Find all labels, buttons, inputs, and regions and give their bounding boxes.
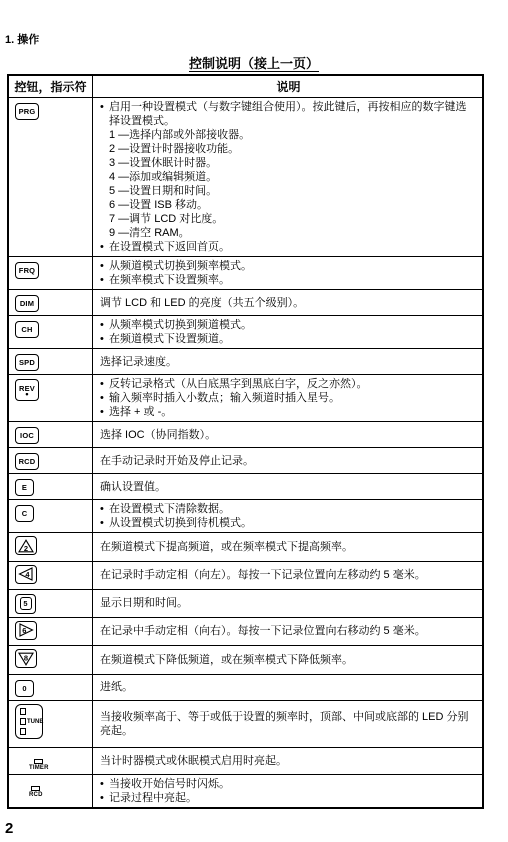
control-cell: TUNE	[9, 701, 93, 747]
rcd-led-indicator: RCD	[29, 786, 43, 798]
description-cell: 确认设置值。	[93, 474, 482, 499]
description-cell: 在记录中手动定相（向右）。每按一下记录位置向右移动约 5 毫米。	[93, 618, 482, 646]
description-text: 确认设置值。	[100, 480, 477, 494]
description-text: 从频率模式切换到频道模式。	[109, 318, 477, 332]
bullet-marker: •	[100, 391, 109, 405]
table-row: SPD选择记录速度。	[9, 348, 482, 374]
key-2-up-arrow: 2	[15, 536, 37, 555]
control-cell: RCD	[9, 448, 93, 473]
control-cell: FRQ	[9, 257, 93, 289]
description-text: 当计时器模式或休眠模式启用时亮起。	[100, 754, 477, 768]
led-square-icon	[20, 728, 26, 735]
control-cell: 0	[9, 675, 93, 700]
description-line: 进纸。	[100, 680, 477, 694]
key-ioc: IOC	[15, 427, 39, 444]
description-text: 输入频率时插入小数点；输入频道时插入星号。	[109, 391, 477, 405]
control-cell: 2	[9, 533, 93, 561]
control-cell: SPD	[9, 349, 93, 374]
description-cell: 在频道模式下降低频道，或在频率模式下降低频率。	[93, 646, 482, 674]
description-line: 在频道模式下降低频道，或在频率模式下降低频率。	[100, 653, 477, 667]
key-frq: FRQ	[15, 262, 39, 279]
table-row: 4在记录时手动定相（向左）。每按一下记录位置向左移动约 5 毫米。	[9, 561, 482, 590]
table-row: IOC选择 IOC（协同指数）。	[9, 421, 482, 447]
header-description-column: 说明	[93, 76, 482, 97]
description-line: •在频率模式下设置频率。	[100, 273, 477, 287]
description-line: 选择记录速度。	[100, 355, 477, 369]
key-rev: REV•	[15, 379, 39, 401]
description-line: •启用一种设置模式（与数字键组合使用）。按此键后，再按相应的数字键选择设置模式。	[100, 100, 477, 128]
header-control-column: 控钮，指示符	[9, 76, 93, 97]
description-text: 从频道模式切换到频率模式。	[109, 259, 477, 273]
description-line: 4 —添加或编辑频道。	[100, 170, 477, 184]
description-cell: 显示日期和时间。	[93, 590, 482, 617]
bullet-marker: •	[100, 777, 109, 791]
description-cell: •从频率模式切换到频道模式。•在频道模式下设置频道。	[93, 316, 482, 348]
key-8-down-arrow: 8	[15, 649, 37, 668]
description-line: 2 —设置计时器接收功能。	[100, 142, 477, 156]
description-text: 调节 LCD 和 LED 的亮度（共五个级别）。	[100, 296, 477, 310]
timer-led-indicator: TIMER	[29, 759, 49, 771]
bullet-marker: •	[100, 318, 109, 332]
key-ch: CH	[15, 321, 39, 338]
table-row: C•在设置模式下清除数据。•从设置模式切换到待机模式。	[9, 499, 482, 532]
description-line: •在频道模式下设置频道。	[100, 332, 477, 346]
description-text: 2 —设置计时器接收功能。	[109, 142, 477, 156]
control-cell: 6	[9, 618, 93, 646]
table-row: TIMER当计时器模式或休眠模式启用时亮起。	[9, 747, 482, 774]
bullet-marker: •	[100, 332, 109, 346]
description-text: 当接收开始信号时闪烁。	[109, 777, 477, 791]
table-row: 0进纸。	[9, 674, 482, 700]
description-cell: 调节 LCD 和 LED 的亮度（共五个级别）。	[93, 290, 482, 315]
section-label: 1. 操作	[5, 31, 39, 47]
control-cell: C	[9, 500, 93, 532]
table-row: E确认设置值。	[9, 473, 482, 499]
table-row: TUNE当接收频率高于、等于或低于设置的频率时，顶部、中间或底部的 LED 分别…	[9, 700, 482, 747]
description-line: 在手动记录时开始及停止记录。	[100, 454, 477, 468]
bullet-marker: •	[100, 240, 109, 254]
table-row: CH•从频率模式切换到频道模式。•在频道模式下设置频道。	[9, 315, 482, 348]
control-cell: RCD	[9, 775, 93, 807]
description-text: 在设置模式下返回首页。	[109, 240, 477, 254]
description-text: 在设置模式下清除数据。	[109, 502, 477, 516]
description-text: 在频道模式下提高频道，或在频率模式下提高频率。	[100, 540, 477, 554]
description-cell: •在设置模式下清除数据。•从设置模式切换到待机模式。	[93, 500, 482, 532]
description-text: 当接收频率高于、等于或低于设置的频率时，顶部、中间或底部的 LED 分别亮起。	[100, 710, 477, 738]
description-text: 选择 + 或 -。	[109, 405, 477, 419]
control-cell: PRG	[9, 98, 93, 256]
description-text: 从设置模式切换到待机模式。	[109, 516, 477, 530]
description-text: 3 —设置休眠计时器。	[109, 156, 477, 170]
description-text: 选择记录速度。	[100, 355, 477, 369]
description-text: 选择 IOC（协同指数）。	[100, 428, 477, 442]
description-text: 1 —选择内部或外部接收器。	[109, 128, 477, 142]
key-e: E	[15, 479, 34, 496]
decimal-dot-icon: •	[25, 392, 28, 397]
description-cell: 进纸。	[93, 675, 482, 700]
description-line: 选择 IOC（协同指数）。	[100, 428, 477, 442]
description-text: 4 —添加或编辑频道。	[109, 170, 477, 184]
up-triangle-icon: 2	[18, 539, 34, 553]
description-line: 9 —清空 RAM。	[100, 226, 477, 240]
description-line: 5 —设置日期和时间。	[100, 184, 477, 198]
led-square-icon	[20, 718, 26, 725]
key-4-left-arrow: 4	[15, 565, 37, 584]
description-text: 6 —设置 ISB 移动。	[109, 198, 477, 212]
description-text: 记录过程中亮起。	[109, 791, 477, 805]
svg-text:8: 8	[24, 653, 28, 662]
description-line: •从设置模式切换到待机模式。	[100, 516, 477, 530]
description-line: •从频道模式切换到频率模式。	[100, 259, 477, 273]
table-row: PRG•启用一种设置模式（与数字键组合使用）。按此键后，再按相应的数字键选择设置…	[9, 97, 482, 256]
description-line: •在设置模式下返回首页。	[100, 240, 477, 254]
description-text: 进纸。	[100, 680, 477, 694]
control-cell: REV•	[9, 375, 93, 421]
description-line: 确认设置值。	[100, 480, 477, 494]
description-cell: •反转记录格式（从白底黑字到黑底白字，反之亦然）。•输入频率时插入小数点；输入频…	[93, 375, 482, 421]
bullet-marker: •	[100, 502, 109, 516]
key-c: C	[15, 505, 34, 522]
control-cell: TIMER	[9, 748, 93, 774]
description-cell: •启用一种设置模式（与数字键组合使用）。按此键后，再按相应的数字键选择设置模式。…	[93, 98, 482, 256]
description-cell: 选择 IOC（协同指数）。	[93, 422, 482, 447]
table-row: 8在频道模式下降低频道，或在频率模式下降低频率。	[9, 645, 482, 674]
led-label: TIMER	[29, 765, 49, 771]
description-line: 3 —设置休眠计时器。	[100, 156, 477, 170]
description-line: 在记录中手动定相（向右）。每按一下记录位置向右移动约 5 毫米。	[100, 624, 477, 638]
table-row: 5显示日期和时间。	[9, 589, 482, 617]
description-text: 反转记录格式（从白底黑字到黑底白字，反之亦然）。	[109, 377, 477, 391]
control-cell: DIM	[9, 290, 93, 315]
description-text: 在手动记录时开始及停止记录。	[100, 454, 477, 468]
controls-table: 控钮，指示符 说明 PRG•启用一种设置模式（与数字键组合使用）。按此键后，再按…	[7, 74, 484, 809]
control-cell: 8	[9, 646, 93, 674]
document-page: 1. 操作 控制说明（接上一页） 控钮，指示符 说明 PRG•启用一种设置模式（…	[0, 0, 508, 842]
description-cell: 在手动记录时开始及停止记录。	[93, 448, 482, 473]
description-line: 显示日期和时间。	[100, 596, 477, 610]
table-row: DIM调节 LCD 和 LED 的亮度（共五个级别）。	[9, 289, 482, 315]
bullet-marker: •	[100, 273, 109, 287]
description-text: 在频道模式下设置频道。	[109, 332, 477, 346]
control-cell: CH	[9, 316, 93, 348]
right-triangle-icon: 6	[18, 623, 34, 637]
key-rcd: RCD	[15, 453, 39, 470]
key-prg: PRG	[15, 103, 39, 120]
description-line: •在设置模式下清除数据。	[100, 502, 477, 516]
key-dim: DIM	[15, 295, 39, 312]
description-line: 当计时器模式或休眠模式启用时亮起。	[100, 754, 477, 768]
description-cell: 当接收频率高于、等于或低于设置的频率时，顶部、中间或底部的 LED 分别亮起。	[93, 701, 482, 747]
table-row: RCD在手动记录时开始及停止记录。	[9, 447, 482, 473]
description-cell: 选择记录速度。	[93, 349, 482, 374]
description-line: 在记录时手动定相（向左）。每按一下记录位置向左移动约 5 毫米。	[100, 568, 477, 582]
key-0: 0	[15, 680, 34, 697]
table-row: FRQ•从频道模式切换到频率模式。•在频率模式下设置频率。	[9, 256, 482, 289]
description-cell: 在记录时手动定相（向左）。每按一下记录位置向左移动约 5 毫米。	[93, 562, 482, 590]
control-cell: IOC	[9, 422, 93, 447]
led-square-icon	[31, 786, 40, 791]
description-line: 调节 LCD 和 LED 的亮度（共五个级别）。	[100, 296, 477, 310]
table-row: 6在记录中手动定相（向右）。每按一下记录位置向右移动约 5 毫米。	[9, 617, 482, 646]
description-line: •记录过程中亮起。	[100, 791, 477, 805]
page-number: 2	[5, 820, 13, 837]
key-5: 5	[15, 594, 36, 614]
description-text: 在记录中手动定相（向右）。每按一下记录位置向右移动约 5 毫米。	[100, 624, 477, 638]
bullet-marker: •	[100, 377, 109, 391]
control-cell: 5	[9, 590, 93, 617]
left-triangle-icon: 4	[18, 567, 34, 581]
description-text: 在记录时手动定相（向左）。每按一下记录位置向左移动约 5 毫米。	[100, 568, 477, 582]
description-line: 6 —设置 ISB 移动。	[100, 198, 477, 212]
down-triangle-icon: 8	[18, 652, 34, 666]
description-text: 显示日期和时间。	[100, 596, 477, 610]
bullet-marker: •	[100, 791, 109, 805]
tune-led-indicator: TUNE	[15, 704, 43, 739]
description-line: •从频率模式切换到频道模式。	[100, 318, 477, 332]
control-cell: E	[9, 474, 93, 499]
led-square-icon	[34, 759, 43, 764]
description-cell: •当接收开始信号时闪烁。•记录过程中亮起。	[93, 775, 482, 807]
key-6-right-arrow: 6	[15, 621, 37, 640]
svg-text:4: 4	[25, 570, 30, 579]
description-text: 启用一种设置模式（与数字键组合使用）。按此键后，再按相应的数字键选择设置模式。	[109, 100, 477, 128]
description-cell: 当计时器模式或休眠模式启用时亮起。	[93, 748, 482, 774]
table-row: REV••反转记录格式（从白底黑字到黑底白字，反之亦然）。•输入频率时插入小数点…	[9, 374, 482, 421]
key-spd: SPD	[15, 354, 39, 371]
bullet-marker: •	[100, 516, 109, 530]
bullet-marker: •	[100, 259, 109, 273]
description-line: 在频道模式下提高频道，或在频率模式下提高频率。	[100, 540, 477, 554]
inner-ring: 5	[20, 597, 32, 610]
svg-text:2: 2	[24, 544, 28, 553]
description-text: 9 —清空 RAM。	[109, 226, 477, 240]
led-square-icon	[20, 708, 26, 715]
description-line: 当接收频率高于、等于或低于设置的频率时，顶部、中间或底部的 LED 分别亮起。	[100, 710, 477, 738]
control-cell: 4	[9, 562, 93, 590]
led-label: RCD	[29, 792, 43, 798]
description-line: 1 —选择内部或外部接收器。	[100, 128, 477, 142]
table-row: RCD•当接收开始信号时闪烁。•记录过程中亮起。	[9, 774, 482, 807]
table-header-row: 控钮，指示符 说明	[9, 76, 482, 97]
description-line: •选择 + 或 -。	[100, 405, 477, 419]
bullet-marker: •	[100, 100, 109, 128]
description-cell: 在频道模式下提高频道，或在频率模式下提高频率。	[93, 533, 482, 561]
page-title: 控制说明（接上一页）	[0, 53, 508, 72]
description-text: 在频道模式下降低频道，或在频率模式下降低频率。	[100, 653, 477, 667]
description-text: 在频率模式下设置频率。	[109, 273, 477, 287]
description-line: •输入频率时插入小数点；输入频道时插入星号。	[100, 391, 477, 405]
bullet-marker: •	[100, 405, 109, 419]
description-line: •当接收开始信号时闪烁。	[100, 777, 477, 791]
svg-text:6: 6	[22, 626, 26, 635]
description-line: 7 —调节 LCD 对比度。	[100, 212, 477, 226]
table-row: 2在频道模式下提高频道，或在频率模式下提高频率。	[9, 532, 482, 561]
description-cell: •从频道模式切换到频率模式。•在频率模式下设置频率。	[93, 257, 482, 289]
tune-label: TUNE	[27, 719, 43, 725]
description-text: 7 —调节 LCD 对比度。	[109, 212, 477, 226]
description-text: 5 —设置日期和时间。	[109, 184, 477, 198]
description-line: •反转记录格式（从白底黑字到黑底白字，反之亦然）。	[100, 377, 477, 391]
